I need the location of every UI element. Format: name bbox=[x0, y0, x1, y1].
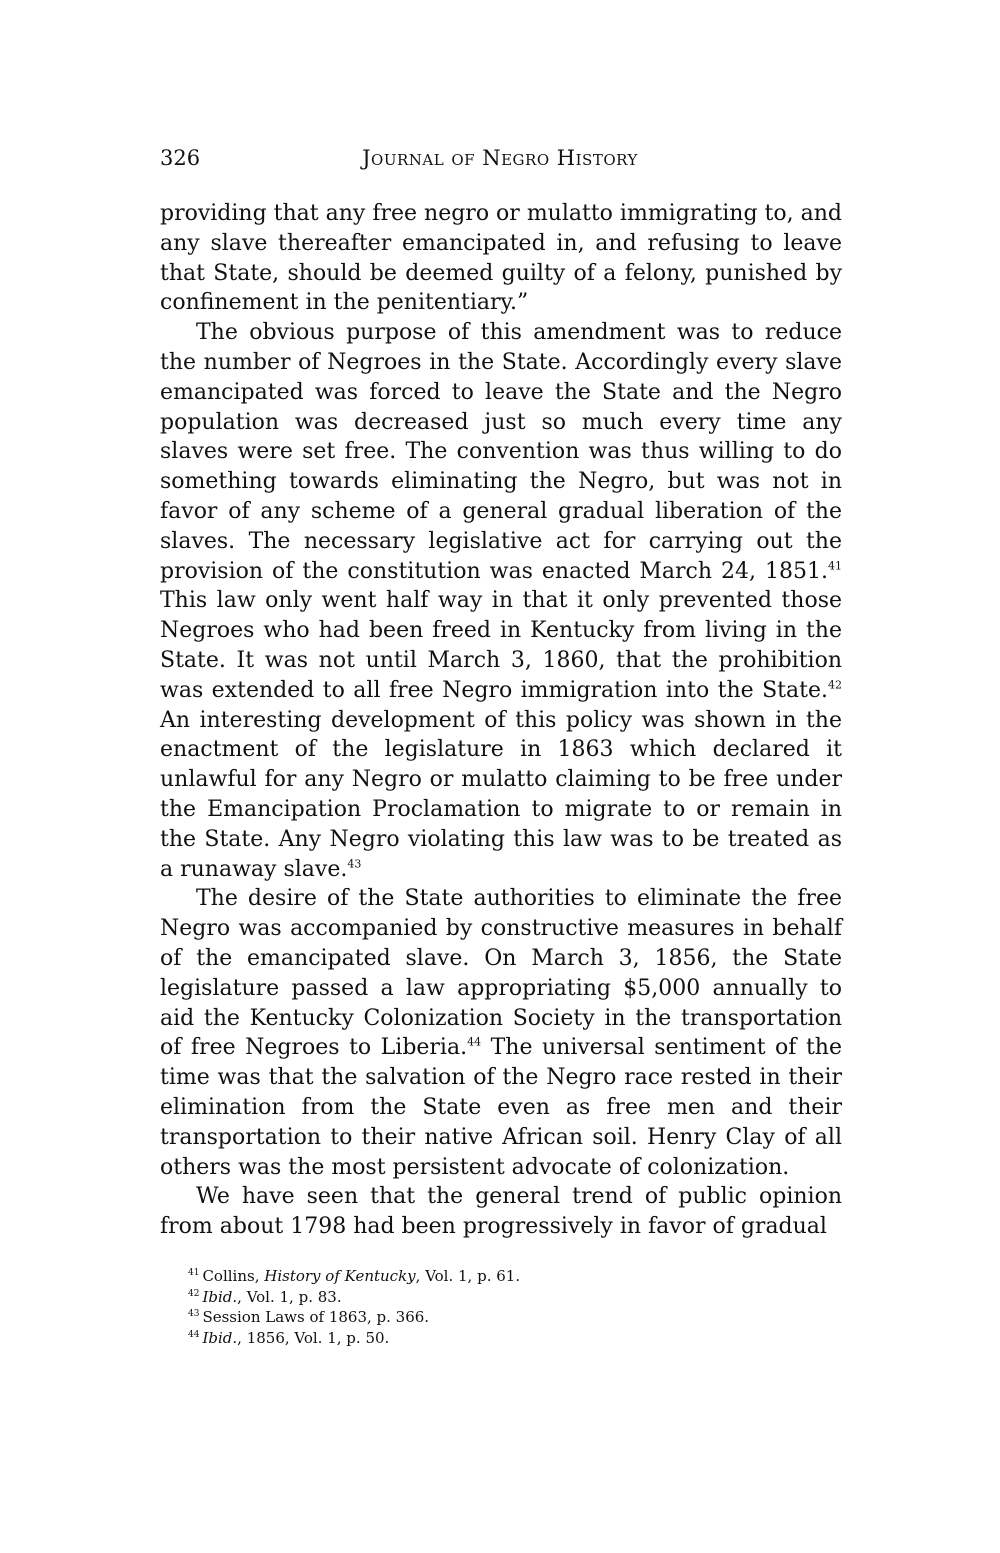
footnote-text: , Vol. 1, p. 83. bbox=[237, 1288, 341, 1306]
footnote-title: History of Kentucky bbox=[264, 1267, 415, 1285]
footnote: 41Collins, History of Kentucky, Vol. 1, … bbox=[188, 1266, 788, 1287]
footnote-ref[interactable]: 44 bbox=[467, 1036, 481, 1049]
paragraph: The desire of the State authorities to e… bbox=[160, 884, 842, 1182]
footnote-number: 42 bbox=[188, 1289, 199, 1299]
paragraph-text: providing that any free negro or mulatto… bbox=[160, 201, 842, 315]
paragraph-text: This law only went half way in that it o… bbox=[160, 588, 842, 702]
paragraph-text: We have seen that the general trend of p… bbox=[160, 1184, 842, 1239]
page-header: 326 Journal of Negro History bbox=[160, 146, 840, 176]
footnote-title: Ibid. bbox=[202, 1288, 237, 1306]
footnote-number: 44 bbox=[188, 1330, 199, 1340]
paragraph-text: The obvious purpose of this amendment wa… bbox=[160, 320, 842, 583]
footnote-number: 41 bbox=[188, 1268, 199, 1278]
footnote: 43Session Laws of 1863, p. 366. bbox=[188, 1307, 788, 1328]
paragraph: We have seen that the general trend of p… bbox=[160, 1182, 842, 1242]
footnote-text: , Vol. 1, p. 61. bbox=[416, 1267, 520, 1285]
footnote: 44Ibid., 1856, Vol. 1, p. 50. bbox=[188, 1328, 788, 1349]
footnote: 42Ibid., Vol. 1, p. 83. bbox=[188, 1287, 788, 1308]
paragraph-text: An interesting development of this polic… bbox=[160, 708, 842, 882]
footnote-text: , 1856, Vol. 1, p. 50. bbox=[237, 1329, 389, 1347]
paragraph: The obvious purpose of this amendment wa… bbox=[160, 318, 842, 884]
body-text: providing that any free negro or mulatto… bbox=[160, 199, 842, 1242]
paragraph: providing that any free negro or mulatto… bbox=[160, 199, 842, 318]
footnote-text: Session Laws of 1863, p. 366. bbox=[202, 1308, 429, 1326]
footnote-ref[interactable]: 43 bbox=[347, 857, 361, 870]
running-title: Journal of Negro History bbox=[160, 146, 840, 170]
footnote-text: Collins, bbox=[202, 1267, 264, 1285]
footnotes: 41Collins, History of Kentucky, Vol. 1, … bbox=[188, 1266, 788, 1348]
footnote-ref[interactable]: 42 bbox=[828, 678, 842, 691]
footnote-ref[interactable]: 41 bbox=[828, 559, 842, 572]
footnote-number: 43 bbox=[188, 1309, 199, 1319]
footnote-title: Ibid. bbox=[202, 1329, 237, 1347]
